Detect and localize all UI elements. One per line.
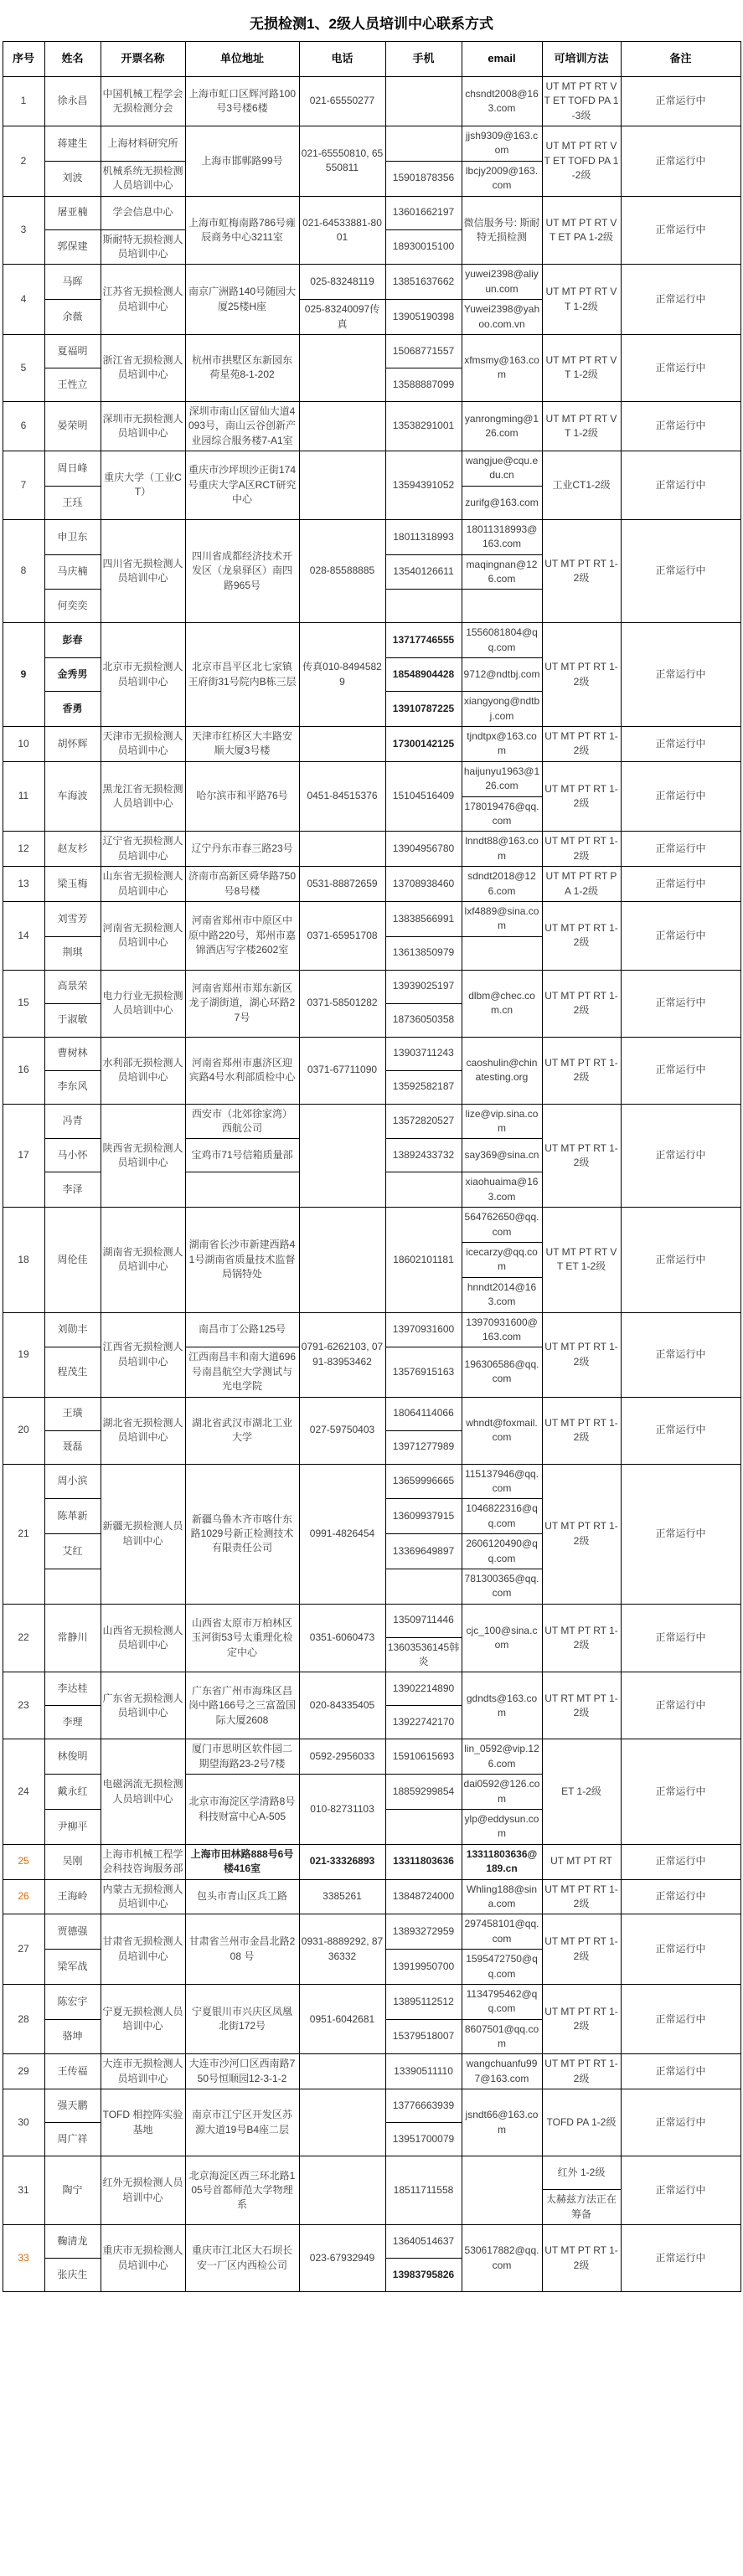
cell-phone: 3385261 (299, 1879, 385, 1914)
cell-email: yanrongming@126.com (462, 401, 542, 451)
cell-name: 陶宁 (44, 2156, 101, 2225)
cell-addr: 江西南昌丰和南大道696号南昌航空大学测试与光电学院 (185, 1347, 299, 1397)
cell-mobile: 13983795826 (385, 2259, 462, 2292)
cell-email: lize@vip.sina.com (462, 1104, 542, 1139)
cell-email: tjndtpx@163.com (462, 727, 542, 762)
cell-phone (299, 832, 385, 867)
cell-method: UT MT PT RT 1-2级 (542, 832, 621, 867)
cell-note: 正常运行中 (621, 265, 740, 335)
cell-note: 正常运行中 (621, 1208, 740, 1312)
cell-no: 25 (3, 1844, 44, 1879)
table-row: 16曹树林水利部无损检测人员培训中心河南省郑州市惠济区迎宾路4号水利部质检中心0… (3, 1037, 740, 1070)
table-row: 14刘雪芳河南省无损检测人员培训中心河南省郑州市中原区中原中路220号，郑州市嘉… (3, 901, 740, 936)
cell-mobile: 17300142125 (385, 727, 462, 762)
cell-addr: 四川省成都经济技术开发区（龙泉驿区）南四路965号 (185, 519, 299, 623)
cell-org: 机械系统无损检测人员培训中心 (101, 161, 185, 196)
cell-email: sdndt2018@126.com (462, 867, 542, 902)
cell-mobile (385, 1810, 462, 1845)
cell-name: 程茂生 (44, 1347, 101, 1397)
table-row: 12赵友杉辽宁省无损检测人员培训中心辽宁丹东市春三路23号13904956780… (3, 832, 740, 867)
cell-addr: 河南省郑州市中原区中原中路220号，郑州市嘉锦酒店写字楼2602室 (185, 901, 299, 970)
column-header-mobile: 手机 (385, 42, 462, 77)
cell-mobile: 13509711446 (385, 1604, 462, 1637)
cell-email: 178019476@qq.com (462, 796, 542, 832)
cell-phone: 025-83240097传真 (299, 300, 385, 335)
cell-method: UT MT PT RT PA 1-2级 (542, 867, 621, 902)
cell-org: 内蒙古无损检测人员培训中心 (101, 1879, 185, 1914)
cell-note: 正常运行中 (621, 832, 740, 867)
cell-note: 正常运行中 (621, 1037, 740, 1104)
cell-name: 艾红 (44, 1534, 101, 1569)
cell-email: 13970931600@163.com (462, 1312, 542, 1347)
cell-email: haijunyu1963@126.com (462, 761, 542, 796)
cell-email: lin_0592@vip.126.com (462, 1739, 542, 1775)
cell-email: Yuwei2398@yahoo.com.vn (462, 300, 542, 335)
cell-name: 香勇 (44, 692, 101, 727)
cell-no: 1 (3, 76, 44, 126)
cell-addr: 南昌市丁公路125号 (185, 1312, 299, 1347)
cell-phone (299, 2054, 385, 2089)
cell-phone (299, 2089, 385, 2156)
cell-phone: 020-84335405 (299, 1672, 385, 1739)
cell-name: 郭保建 (44, 229, 101, 265)
cell-note: 正常运行中 (621, 727, 740, 762)
cell-mobile: 18602101181 (385, 1208, 462, 1312)
cell-org: 湖南省无损检测人员培训中心 (101, 1208, 185, 1312)
cell-mobile: 13588887099 (385, 368, 462, 401)
cell-phone: 028-85588885 (299, 519, 385, 623)
cell-note: 正常运行中 (621, 2225, 740, 2292)
cell-email: whndt@foxmail.com (462, 1397, 542, 1464)
cell-email: lxf4889@sina.com (462, 901, 542, 936)
cell-name: 于淑敏 (44, 1003, 101, 1037)
column-header-name: 姓名 (44, 42, 101, 77)
cell-phone: 0931-8889292, 8736332 (299, 1914, 385, 1985)
cell-name: 周小滨 (44, 1464, 101, 1499)
cell-addr: 深圳市南山区留仙大道4093号，南山云谷创新产业园综合服务楼7-A1室 (185, 401, 299, 451)
cell-org: 上海市机械工程学会科技咨询服务部 (101, 1844, 185, 1879)
cell-addr: 哈尔滨市和平路76号 (185, 761, 299, 832)
cell-note: 正常运行中 (621, 1672, 740, 1739)
cell-phone (299, 334, 385, 401)
cell-addr: 济南市高新区舜华路750号8号楼 (185, 867, 299, 902)
cell-mobile: 13893272959 (385, 1914, 462, 1950)
cell-note: 正常运行中 (621, 451, 740, 520)
cell-mobile: 13640514637 (385, 2225, 462, 2259)
cell-mobile (385, 76, 462, 126)
cell-org: 重庆市无损检测人员培训中心 (101, 2225, 185, 2292)
cell-mobile: 13895112512 (385, 1984, 462, 2019)
cell-no: 11 (3, 761, 44, 832)
table-row: 31陶宁红外无损检测人员培训中心北京海淀区西三环北路105号首都师范大学物理系1… (3, 2156, 740, 2190)
table-row: 29王传福大连市无损检测人员培训中心大连市沙河口区西南路750号恒顺园12-3-… (3, 2054, 740, 2089)
cell-email: jsndt66@163.com (462, 2089, 542, 2156)
cell-no: 12 (3, 832, 44, 867)
cell-email: 297458101@qq.com (462, 1914, 542, 1950)
cell-org: 江西省无损检测人员培训中心 (101, 1312, 185, 1397)
cell-addr: 上海市田林路888号6号楼416室 (185, 1844, 299, 1879)
cell-email: lbcjy2009@163.com (462, 161, 542, 196)
cell-method: UT MT PT RT 1-2级 (542, 519, 621, 623)
cell-method: UT MT PT RT (542, 1844, 621, 1879)
cell-method: UT MT PT RT 1-2级 (542, 1397, 621, 1464)
cell-mobile: 13603536145韩炎 (385, 1637, 462, 1672)
cell-addr: 新疆乌鲁木齐市喀什东路1029号新正检测技术有限责任公司 (185, 1464, 299, 1604)
cell-addr: 西安市（北郊徐家湾）西航公司 (185, 1104, 299, 1139)
cell-no: 19 (3, 1312, 44, 1397)
cell-phone: 0791-6262103, 0791-83953462 (299, 1312, 385, 1397)
cell-org: 广东省无损检测人员培训中心 (101, 1672, 185, 1739)
cell-org: 中国机械工程学会无损检测分会 (101, 76, 185, 126)
cell-phone: 0991-4826454 (299, 1464, 385, 1604)
cell-method: UT MT PT RT 1-2级 (542, 901, 621, 970)
cell-mobile: 13708938460 (385, 867, 462, 902)
table-row: 19刘勋丰江西省无损检测人员培训中心南昌市丁公路125号0791-6262103… (3, 1312, 740, 1347)
cell-name: 梁玉梅 (44, 867, 101, 902)
cell-addr: 上海市虹口区辉河路100号3号楼6楼 (185, 76, 299, 126)
cell-addr: 辽宁丹东市春三路23号 (185, 832, 299, 867)
table-row: 9彭春北京市无损检测人员培训中心北京市昌平区北七家镇王府街31号院内B栋三层传真… (3, 623, 740, 658)
cell-no: 29 (3, 2054, 44, 2089)
cell-email (462, 936, 542, 970)
header-row: 序号姓名开票名称单位地址电话手机email可培训方法备注 (3, 42, 740, 77)
cell-note: 正常运行中 (621, 901, 740, 970)
cell-email: xiaohuaima@163.com (462, 1172, 542, 1208)
cell-mobile: 18511711558 (385, 2156, 462, 2225)
cell-phone (299, 1208, 385, 1312)
cell-mobile: 13892433732 (385, 1139, 462, 1172)
cell-method: UT MT PT RT 1-2级 (542, 1914, 621, 1985)
cell-note: 正常运行中 (621, 1984, 740, 2054)
cell-mobile: 18064114066 (385, 1397, 462, 1430)
cell-phone: 0371-65951708 (299, 901, 385, 970)
cell-mobile: 13970931600 (385, 1312, 462, 1347)
cell-mobile: 13609937915 (385, 1499, 462, 1534)
cell-phone: 0951-6042681 (299, 1984, 385, 2054)
cell-addr: 南京市江宁区开发区苏源大道19号B4座二层 (185, 2089, 299, 2156)
cell-no: 31 (3, 2156, 44, 2225)
cell-org: 水利部无损检测人员培训中心 (101, 1037, 185, 1104)
cell-name: 刘勋丰 (44, 1312, 101, 1347)
column-header-phone: 电话 (299, 42, 385, 77)
cell-name: 申卫东 (44, 519, 101, 554)
cell-phone (299, 727, 385, 762)
cell-method: UT MT PT RT 1-2级 (542, 2054, 621, 2089)
cell-email: xiangyong@ndtbj.com (462, 692, 542, 727)
table-row: 1徐永昌中国机械工程学会无损检测分会上海市虹口区辉河路100号3号楼6楼021-… (3, 76, 740, 126)
cell-email (462, 590, 542, 623)
cell-addr: 甘肃省兰州市金昌北路208 号 (185, 1914, 299, 1985)
cell-org: 宁夏无损检测人员培训中心 (101, 1984, 185, 2054)
cell-mobile: 13659996665 (385, 1464, 462, 1499)
cell-org: 斯耐特无损检测人员培训中心 (101, 229, 185, 265)
cell-name: 车海波 (44, 761, 101, 832)
cell-email: lnndt88@163.com (462, 832, 542, 867)
cell-email: jjsh9309@163.com (462, 126, 542, 162)
cell-name: 王海岭 (44, 1879, 101, 1914)
cell-no: 26 (3, 1879, 44, 1914)
cell-addr: 包头市青山区兵工路 (185, 1879, 299, 1914)
cell-mobile: 18859299854 (385, 1775, 462, 1810)
cell-org: 北京市无损检测人员培训中心 (101, 623, 185, 727)
cell-no: 16 (3, 1037, 44, 1104)
cell-email: icecarzy@qq.com (462, 1243, 542, 1278)
cell-mobile: 13613850979 (385, 936, 462, 970)
cell-method: UT MT PT RT 1-2级 (542, 1984, 621, 2054)
cell-name: 马庆楠 (44, 554, 101, 590)
cell-email: maqingnan@126.com (462, 554, 542, 590)
cell-email: say369@sina.cn (462, 1139, 542, 1172)
cell-phone: 021-33326893 (299, 1844, 385, 1879)
cell-email: 18011318993@163.com (462, 519, 542, 554)
cell-no: 33 (3, 2225, 44, 2292)
cell-name: 余薇 (44, 300, 101, 335)
cell-mobile (385, 590, 462, 623)
table-row: 21周小滨新疆无损检测人员培训中心新疆乌鲁木齐市喀什东路1029号新正检测技术有… (3, 1464, 740, 1499)
table-row: 24林俊明电磁涡流无损检测人员培训中心厦门市思明区软件园二期望海路23-2号7楼… (3, 1739, 740, 1775)
cell-mobile: 13922742170 (385, 1706, 462, 1739)
cell-name: 李理 (44, 1706, 101, 1739)
cell-note: 正常运行中 (621, 2054, 740, 2089)
cell-addr: 杭州市拱墅区东新园东荷星苑8-1-202 (185, 334, 299, 401)
table-row: 27贾德强甘肃省无损检测人员培训中心甘肃省兰州市金昌北路208 号0931-88… (3, 1914, 740, 1950)
cell-org: 大连市无损检测人员培训中心 (101, 2054, 185, 2089)
cell-note: 正常运行中 (621, 2089, 740, 2156)
cell-addr: 广东省广州市海珠区昌岗中路166号之三富盈国际大厦2608 (185, 1672, 299, 1739)
cell-email: 1134795462@qq.com (462, 1984, 542, 2019)
cell-email: 9712@ndtbj.com (462, 658, 542, 692)
cell-method: UT MT PT RT 1-2级 (542, 1604, 621, 1672)
cell-note: 正常运行中 (621, 761, 740, 832)
cell-addr: 北京海淀区西三环北路105号首都师范大学物理系 (185, 2156, 299, 2225)
cell-mobile: 13951700079 (385, 2123, 462, 2156)
cell-email: 1046822316@qq.com (462, 1499, 542, 1534)
column-header-addr: 单位地址 (185, 42, 299, 77)
cell-name: 蒋建生 (44, 126, 101, 162)
table-body: 1徐永昌中国机械工程学会无损检测分会上海市虹口区辉河路100号3号楼6楼021-… (3, 76, 740, 2291)
cell-note: 正常运行中 (621, 867, 740, 902)
cell-no: 20 (3, 1397, 44, 1464)
cell-email: gdndts@163.com (462, 1672, 542, 1739)
cell-name: 李泽 (44, 1172, 101, 1208)
table-row: 6晏荣明深圳市无损检测人员培训中心深圳市南山区留仙大道4093号，南山云谷创新产… (3, 401, 740, 451)
column-header-email: email (462, 42, 542, 77)
cell-name: 高景荣 (44, 970, 101, 1003)
cell-mobile: 13905190398 (385, 300, 462, 335)
cell-method: UT MT PT RT VT 1-2级 (542, 265, 621, 335)
cell-phone: 025-83248119 (299, 265, 385, 300)
cell-method: 太赫兹方法正在筹备 (542, 2190, 621, 2225)
cell-phone: 021-65550810, 65550811 (299, 126, 385, 197)
cell-name: 聂磊 (44, 1430, 101, 1464)
cell-mobile: 15068771557 (385, 334, 462, 368)
cell-mobile: 13848724000 (385, 1879, 462, 1914)
cell-method: 工业CT1-2级 (542, 451, 621, 520)
cell-method: UT MT PT RT 1-2级 (542, 1879, 621, 1914)
cell-name: 晏荣明 (44, 401, 101, 451)
cell-addr: 河南省郑州市惠济区迎宾路4号水利部质检中心 (185, 1037, 299, 1104)
cell-note: 正常运行中 (621, 1604, 740, 1672)
table-row: 23李达桂广东省无损检测人员培训中心广东省广州市海珠区昌岗中路166号之三富盈国… (3, 1672, 740, 1706)
cell-phone: 传真010-84945829 (299, 623, 385, 727)
cell-name: 王璜 (44, 1397, 101, 1430)
cell-name: 冯青 (44, 1104, 101, 1139)
cell-name: 马晖 (44, 265, 101, 300)
cell-method: UT MT PT RT VT ET PA 1-2级 (542, 196, 621, 265)
cell-note: 正常运行中 (621, 970, 740, 1037)
cell-method: UT MT PT RT 1-2级 (542, 623, 621, 727)
cell-org: 江苏省无损检测人员培训中心 (101, 265, 185, 335)
cell-method: ET 1-2级 (542, 1739, 621, 1844)
cell-email: 微信服务号: 斯耐特无损检测 (462, 196, 542, 265)
cell-note: 正常运行中 (621, 1914, 740, 1985)
cell-no: 14 (3, 901, 44, 970)
cell-no: 8 (3, 519, 44, 623)
cell-phone: 0371-58501282 (299, 970, 385, 1037)
cell-org: 电磁涡流无损检测人员培训中心 (101, 1739, 185, 1844)
cell-email: caoshulin@chinatesting.org (462, 1037, 542, 1104)
cell-mobile: 13904956780 (385, 832, 462, 867)
cell-note: 正常运行中 (621, 1397, 740, 1464)
cell-mobile: 13601662197 (385, 196, 462, 229)
cell-no: 10 (3, 727, 44, 762)
cell-phone: 021-64533881-8001 (299, 196, 385, 265)
table-row: 17冯青陕西省无损检测人员培训中心西安市（北郊徐家湾）西航公司135728205… (3, 1104, 740, 1139)
cell-mobile (385, 1569, 462, 1604)
column-header-note: 备注 (621, 42, 740, 77)
cell-mobile: 13902214890 (385, 1672, 462, 1706)
cell-org: 辽宁省无损检测人员培训中心 (101, 832, 185, 867)
cell-addr: 天津市红桥区大丰路安顺大厦3号楼 (185, 727, 299, 762)
cell-org: 甘肃省无损检测人员培训中心 (101, 1914, 185, 1985)
cell-addr (185, 1172, 299, 1208)
cell-email: 1595472750@qq.com (462, 1950, 542, 1985)
cell-addr: 北京市昌平区北七家镇王府街31号院内B栋三层 (185, 623, 299, 727)
cell-org: 山西省无损检测人员培训中心 (101, 1604, 185, 1672)
cell-no: 23 (3, 1672, 44, 1739)
cell-method: UT RT MT PT 1-2级 (542, 1672, 621, 1739)
cell-mobile: 13919950700 (385, 1950, 462, 1985)
cell-note: 正常运行中 (621, 1879, 740, 1914)
cell-addr: 重庆市沙坪坝沙正街174号重庆大学A区RCT研究中心 (185, 451, 299, 520)
cell-email: ylp@eddysun.com (462, 1810, 542, 1845)
table-row: 25吴刚上海市机械工程学会科技咨询服务部上海市田林路888号6号楼416室021… (3, 1844, 740, 1879)
cell-email: 115137946@qq.com (462, 1464, 542, 1499)
cell-mobile: 13540126611 (385, 554, 462, 590)
cell-name: 周日峰 (44, 451, 101, 487)
cell-name: 周广祥 (44, 2123, 101, 2156)
cell-no: 7 (3, 451, 44, 520)
cell-email: 8607501@qq.com (462, 2019, 542, 2054)
cell-name: 屠亚楠 (44, 196, 101, 229)
cell-note: 正常运行中 (621, 1739, 740, 1844)
cell-org: 河南省无损检测人员培训中心 (101, 901, 185, 970)
table-row: 15高景荣电力行业无损检测人员培训中心河南省郑州市郑东新区龙子湖街道，湖心环路2… (3, 970, 740, 1003)
cell-email: hnndt2014@163.com (462, 1277, 542, 1312)
cell-phone: 023-67932949 (299, 2225, 385, 2292)
column-header-org: 开票名称 (101, 42, 185, 77)
table-row: 13梁玉梅山东省无损检测人员培训中心济南市高新区舜华路750号8号楼0531-8… (3, 867, 740, 902)
table-row: 7周日峰重庆大学（工业CT）重庆市沙坪坝沙正街174号重庆大学A区RCT研究中心… (3, 451, 740, 487)
cell-email: 530617882@qq.com (462, 2225, 542, 2292)
cell-name: 徐永昌 (44, 76, 101, 126)
cell-org: 山东省无损检测人员培训中心 (101, 867, 185, 902)
cell-mobile: 13903711243 (385, 1037, 462, 1070)
cell-method: UT MT PT RT 1-2级 (542, 727, 621, 762)
cell-name: 刘雪芳 (44, 901, 101, 936)
cell-note: 正常运行中 (621, 1104, 740, 1208)
cell-addr: 重庆市江北区大石坝长安一厂区内西检公司 (185, 2225, 299, 2292)
table-row: 26王海岭内蒙古无损检测人员培训中心包头市青山区兵工路3385261138487… (3, 1879, 740, 1914)
table-row: 18周伦佳湖南省无损检测人员培训中心湖南省长沙市新建西路41号湖南省质量技术监督… (3, 1208, 740, 1243)
cell-note: 正常运行中 (621, 196, 740, 265)
table-row: 30强天鹏TOFD 相控阵实验基地南京市江宁区开发区苏源大道19号B4座二层13… (3, 2089, 740, 2123)
cell-name: 彭春 (44, 623, 101, 658)
cell-note: 正常运行中 (621, 76, 740, 126)
cell-phone: 0592-2956033 (299, 1739, 385, 1775)
cell-org: 上海材料研究所 (101, 126, 185, 162)
cell-addr: 厦门市思明区软件园二期望海路23-2号7楼 (185, 1739, 299, 1775)
cell-phone (299, 1104, 385, 1208)
cell-email: 781300365@qq.com (462, 1569, 542, 1604)
cell-org: 红外无损检测人员培训中心 (101, 2156, 185, 2225)
cell-org: 陕西省无损检测人员培训中心 (101, 1104, 185, 1208)
cell-method: UT MT PT RT VT ET 1-2级 (542, 1208, 621, 1312)
column-header-no: 序号 (3, 42, 44, 77)
cell-name: 戴永红 (44, 1775, 101, 1810)
cell-note: 正常运行中 (621, 623, 740, 727)
cell-name: 王珏 (44, 486, 101, 519)
cell-note: 正常运行中 (621, 334, 740, 401)
cell-name: 荆琪 (44, 936, 101, 970)
cell-phone (299, 451, 385, 520)
cell-email: zurifg@163.com (462, 486, 542, 519)
cell-mobile (385, 126, 462, 162)
cell-note: 正常运行中 (621, 1844, 740, 1879)
cell-mobile: 13311803636 (385, 1844, 462, 1879)
cell-email: xfmsmy@163.com (462, 334, 542, 401)
cell-mobile: 13971277989 (385, 1430, 462, 1464)
cell-name: 强天鹏 (44, 2089, 101, 2123)
cell-mobile (385, 1172, 462, 1208)
cell-method: TOFD PA 1-2级 (542, 2089, 621, 2156)
cell-addr: 上海市虹梅南路786号雍辰商务中心3211室 (185, 196, 299, 265)
cell-mobile: 15901878356 (385, 161, 462, 196)
cell-addr: 河南省郑州市郑东新区龙子湖街道，湖心环路27号 (185, 970, 299, 1037)
cell-no: 22 (3, 1604, 44, 1672)
cell-addr: 宁夏银川市兴庆区凤凰北街172号 (185, 1984, 299, 2054)
cell-method: UT MT PT RT 1-2级 (542, 1464, 621, 1604)
cell-no: 3 (3, 196, 44, 265)
cell-name: 李达桂 (44, 1672, 101, 1706)
cell-email: wangchuanfu997@163.com (462, 2054, 542, 2089)
cell-mobile: 13939025197 (385, 970, 462, 1003)
cell-no: 13 (3, 867, 44, 902)
cell-no: 6 (3, 401, 44, 451)
cell-org: TOFD 相控阵实验基地 (101, 2089, 185, 2156)
cell-method: UT MT PT RT 1-2级 (542, 2225, 621, 2292)
cell-mobile: 15104516409 (385, 761, 462, 832)
cell-phone: 010-82731103 (299, 1775, 385, 1845)
cell-name: 赵友杉 (44, 832, 101, 867)
cell-addr: 北京市海淀区学清路8号科技财富中心A-505 (185, 1775, 299, 1845)
cell-name: 梁军战 (44, 1950, 101, 1985)
cell-note: 正常运行中 (621, 126, 740, 197)
cell-phone: 021-65550277 (299, 76, 385, 126)
cell-name: 贾德强 (44, 1914, 101, 1950)
cell-org: 电力行业无损检测人员培训中心 (101, 970, 185, 1037)
cell-name: 周伦佳 (44, 1208, 101, 1312)
